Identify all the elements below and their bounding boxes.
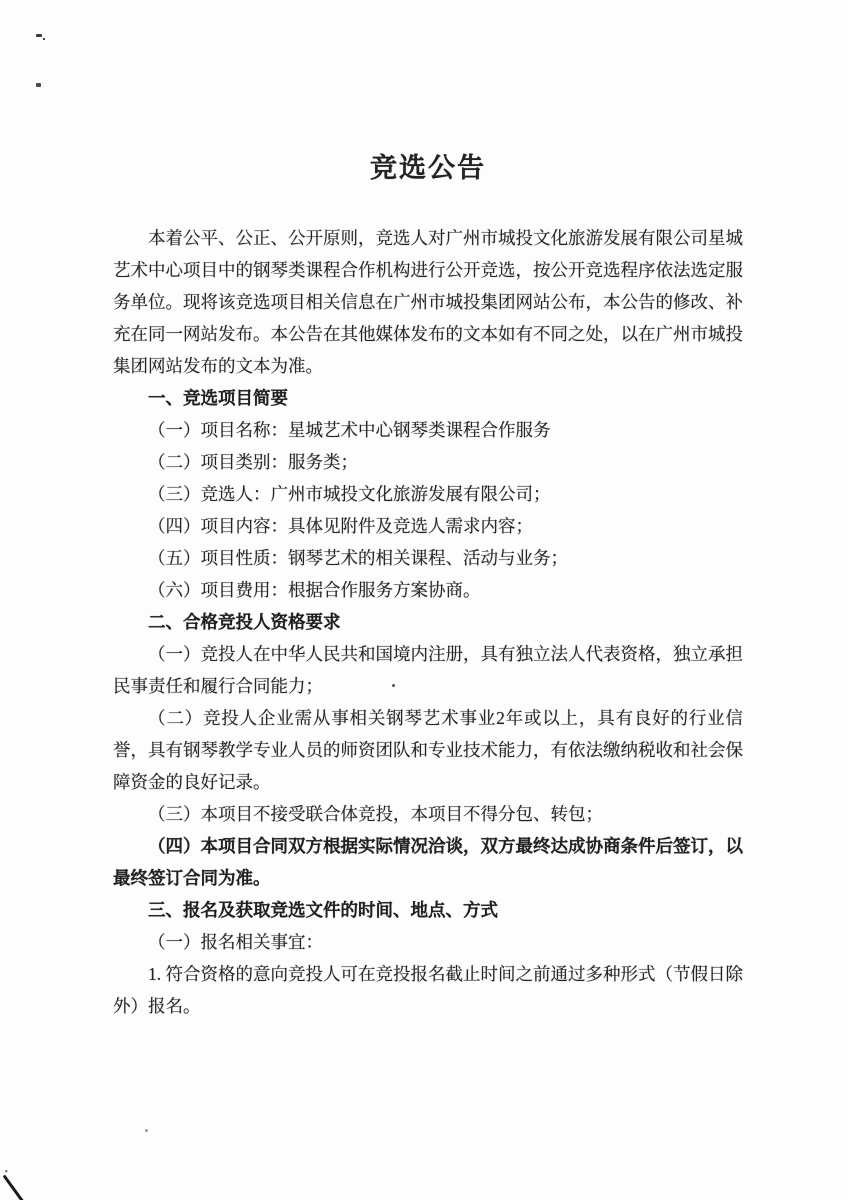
list-item-project-nature: （五）项目性质：钢琴艺术的相关课程、活动与业务； — [113, 542, 743, 574]
list-item-project-fee: （六）项目费用：根据合作服务方案协商。 — [113, 574, 743, 606]
scan-corner-stroke — [3, 1175, 27, 1200]
qualification-item-2: （二）竞投人企业需从事相关钢琴艺术事业2年或以上，具有良好的行业信誉，具有钢琴教… — [113, 702, 743, 798]
qualification-item-3: （三）本项目不接受联合体竞投，本项目不得分包、转包； — [113, 798, 743, 830]
scan-speckle — [145, 1129, 148, 1132]
registration-subheading: （一）报名相关事宜： — [113, 926, 743, 958]
document-body: 本着公平、公正、公开原则，竞选人对广州市城投文化旅游发展有限公司星城艺术中心项目… — [113, 222, 743, 1022]
document-title: 竞选公告 — [113, 146, 743, 185]
list-item-project-category: （二）项目类别：服务类； — [113, 446, 743, 478]
section-heading-2: 二、合格竞投人资格要求 — [113, 606, 743, 638]
list-item-project-name: （一）项目名称：星城艺术中心钢琴类课程合作服务 — [113, 414, 743, 446]
section-heading-1: 一、竞选项目简要 — [113, 382, 743, 414]
section-heading-3: 三、报名及获取竞选文件的时间、地点、方式 — [113, 894, 743, 926]
scan-speckle — [36, 34, 42, 37]
intro-paragraph: 本着公平、公正、公开原则，竞选人对广州市城投文化旅游发展有限公司星城艺术中心项目… — [113, 222, 743, 382]
registration-item-1: 1. 符合资格的意向竞投人可在竞投报名截止时间之前通过多种形式（节假日除外）报名… — [113, 958, 743, 1022]
document-content: 竞选公告 本着公平、公正、公开原则，竞选人对广州市城投文化旅游发展有限公司星城艺… — [113, 0, 743, 1022]
qualification-item-4: （四）本项目合同双方根据实际情况洽谈，双方最终达成协商条件后签订，以最终签订合同… — [113, 830, 743, 894]
qualification-item-1: （一）竞投人在中华人民共和国境内注册，具有独立法人代表资格，独立承担民事责任和履… — [113, 638, 743, 702]
list-item-project-content: （四）项目内容：具体见附件及竞选人需求内容； — [113, 510, 743, 542]
list-item-tenderer: （三）竞选人：广州市城投文化旅游发展有限公司； — [113, 478, 743, 510]
scan-speckle — [36, 83, 41, 87]
scanned-document-page: 竞选公告 本着公平、公正、公开原则，竞选人对广州市城投文化旅游发展有限公司星城艺… — [0, 0, 848, 1200]
